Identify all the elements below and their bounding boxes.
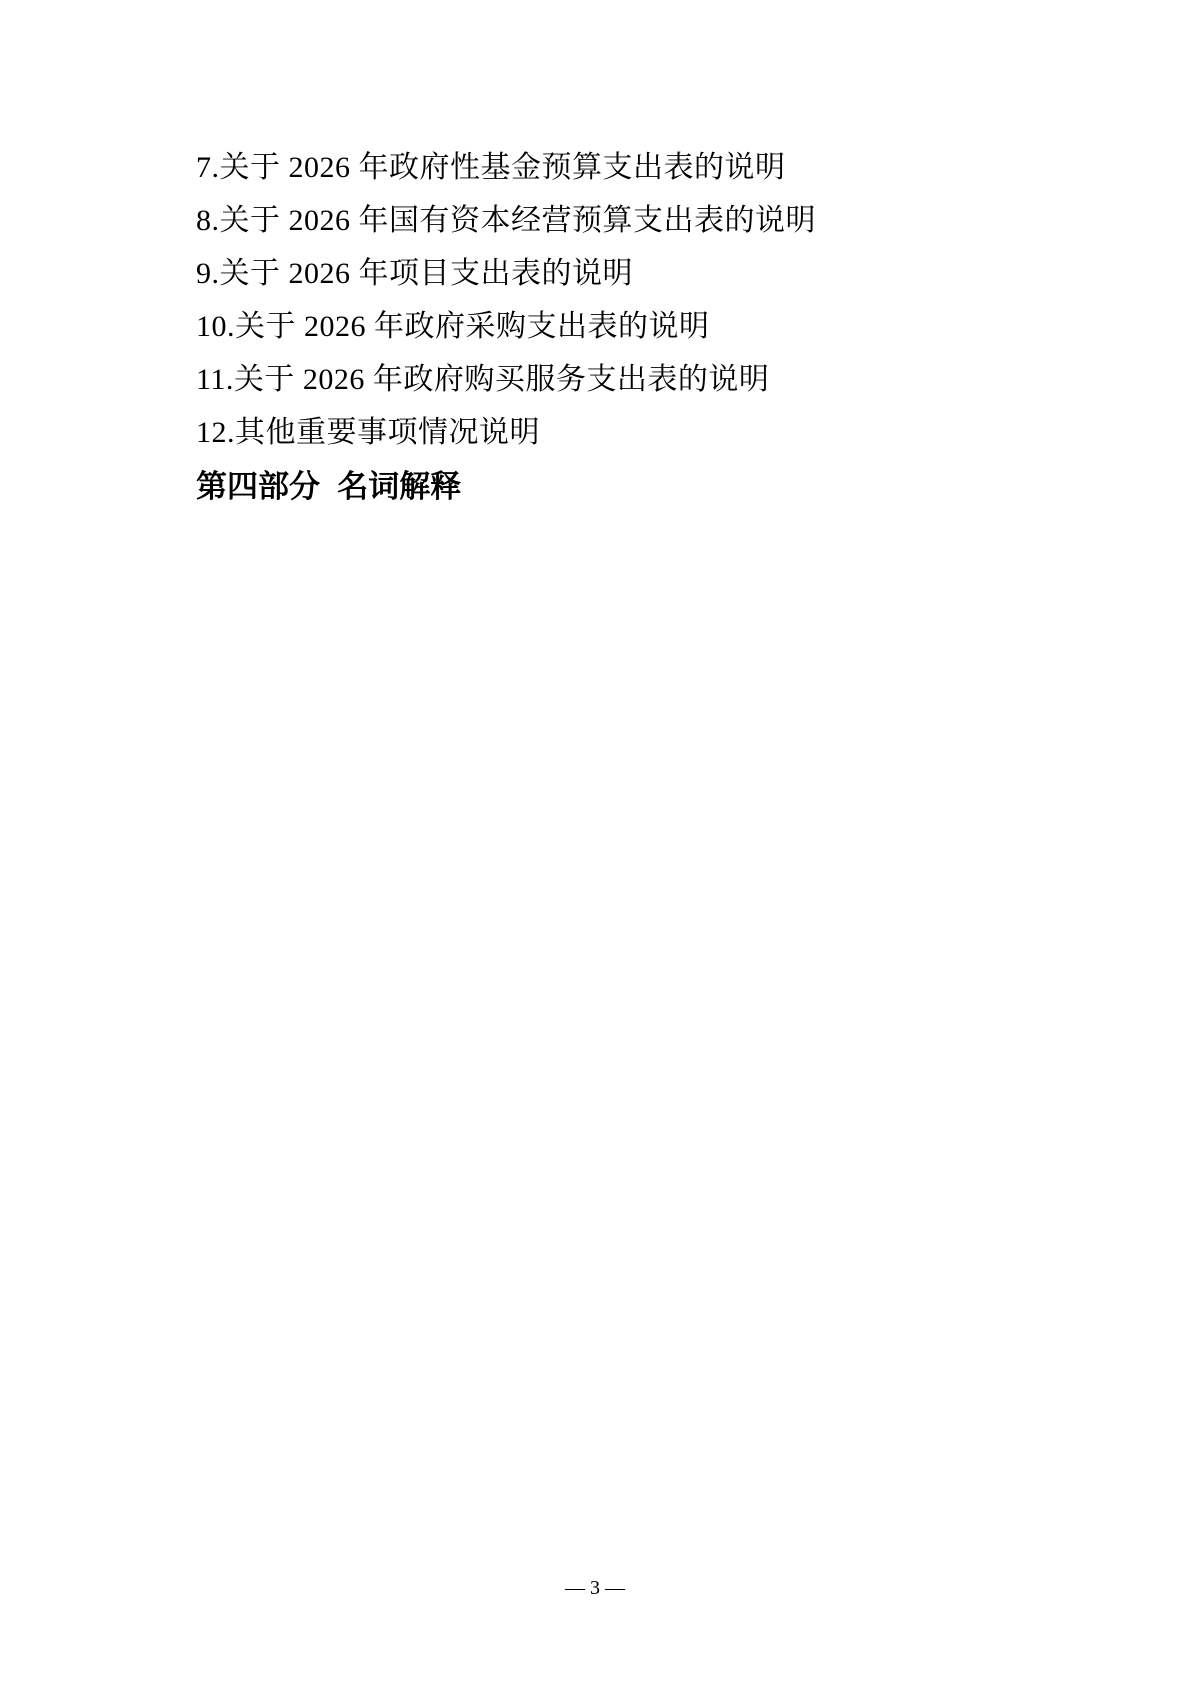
toc-item-12: 12.其他重要事项情况说明 (196, 406, 1070, 459)
toc-item-10: 10.关于 2026 年政府采购支出表的说明 (196, 300, 1070, 353)
toc-item-11: 11.关于 2026 年政府购买服务支出表的说明 (196, 353, 1070, 406)
toc-item-9: 9.关于 2026 年项目支出表的说明 (196, 247, 1070, 300)
page-number: — 3 — (0, 1576, 1190, 1600)
toc-item-8: 8.关于 2026 年国有资本经营预算支出表的说明 (196, 194, 1070, 247)
section-heading-part4: 第四部分 名词解释 (196, 459, 1070, 515)
toc-item-7: 7.关于 2026 年政府性基金预算支出表的说明 (196, 141, 1070, 194)
document-page: 7.关于 2026 年政府性基金预算支出表的说明 8.关于 2026 年国有资本… (0, 0, 1190, 1683)
toc-content: 7.关于 2026 年政府性基金预算支出表的说明 8.关于 2026 年国有资本… (196, 141, 1070, 515)
